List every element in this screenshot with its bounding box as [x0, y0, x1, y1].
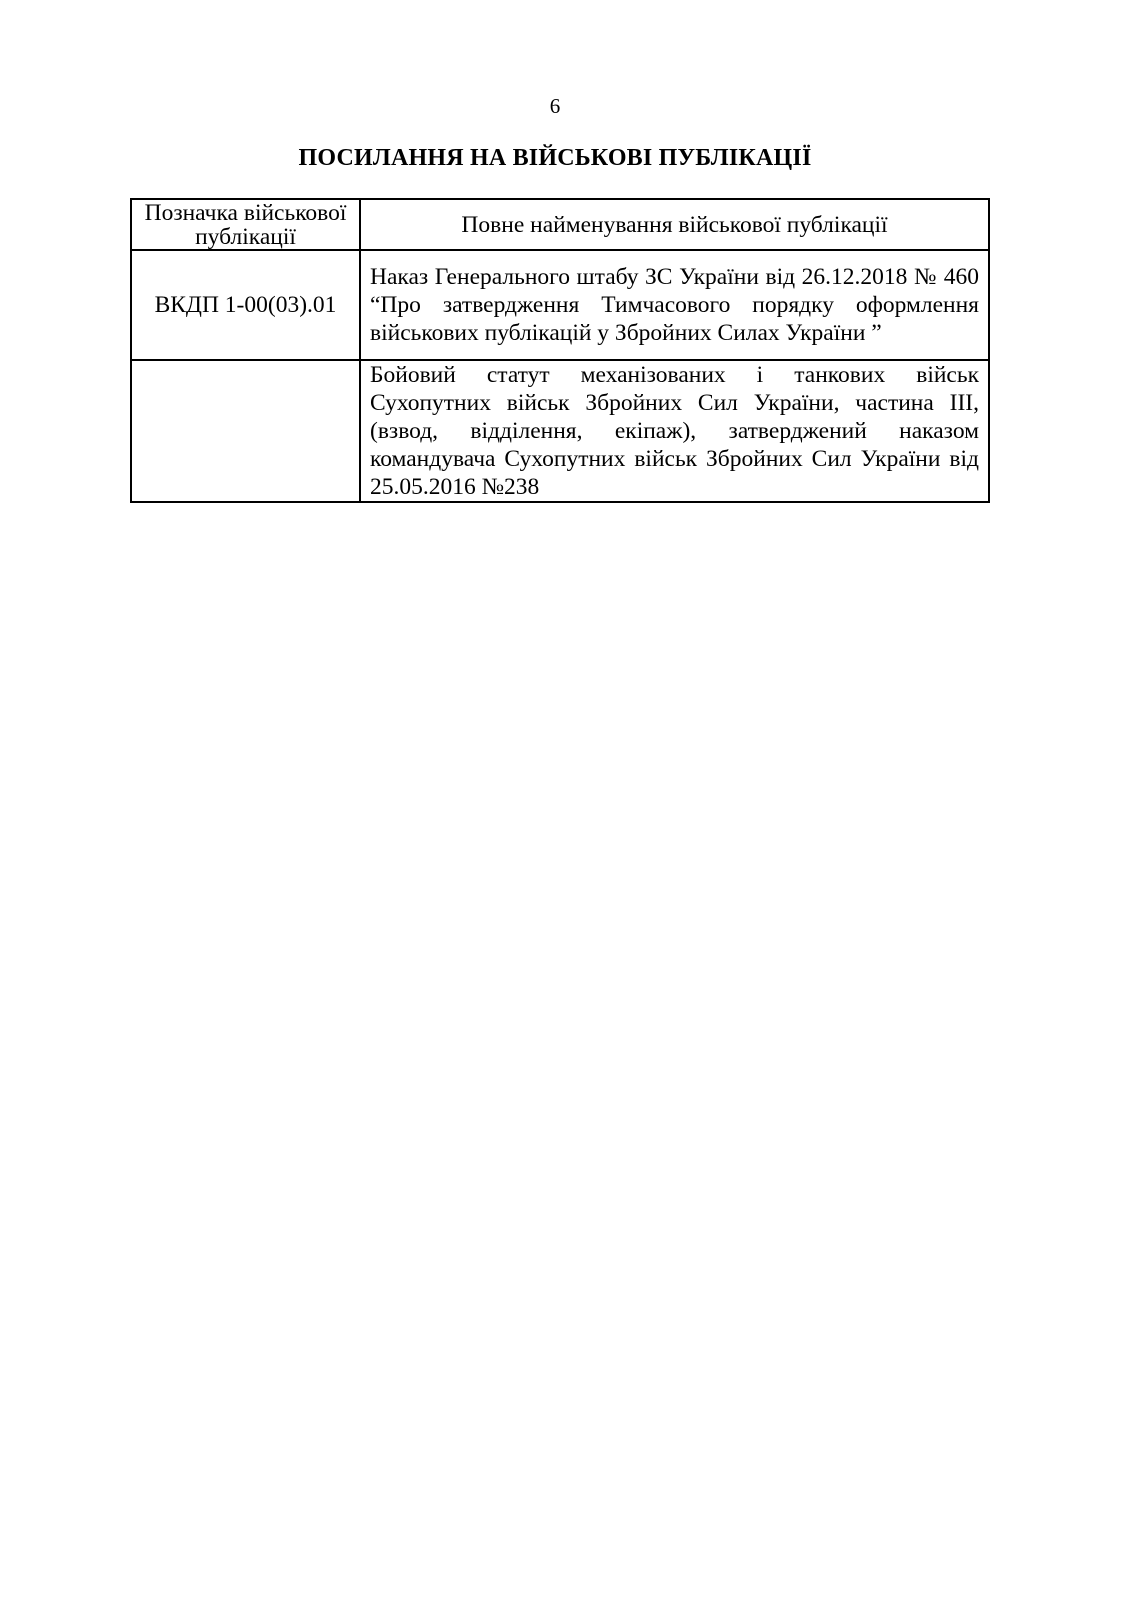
- header-publication-name: Повне найменування військової публікації: [360, 199, 989, 250]
- publication-code: [131, 360, 360, 502]
- publication-name: Бойовий статут механізованих і танкових …: [360, 360, 989, 502]
- header-publication-code: Позначка військової публікації: [131, 199, 360, 250]
- table-row: Бойовий статут механізованих і танкових …: [131, 360, 989, 502]
- page-title: ПОСИЛАННЯ НА ВІЙСЬКОВІ ПУБЛІКАЦІЇ: [0, 143, 1110, 173]
- table-row: ВКДП 1-00(03).01 Наказ Генерального штаб…: [131, 250, 989, 360]
- publication-name: Наказ Генерального штабу ЗС України від …: [360, 250, 989, 360]
- references-table: Позначка військової публікації Повне най…: [130, 198, 990, 503]
- table-header-row: Позначка військової публікації Повне най…: [131, 199, 989, 250]
- publication-code: ВКДП 1-00(03).01: [131, 250, 360, 360]
- page-number: 6: [0, 94, 1110, 118]
